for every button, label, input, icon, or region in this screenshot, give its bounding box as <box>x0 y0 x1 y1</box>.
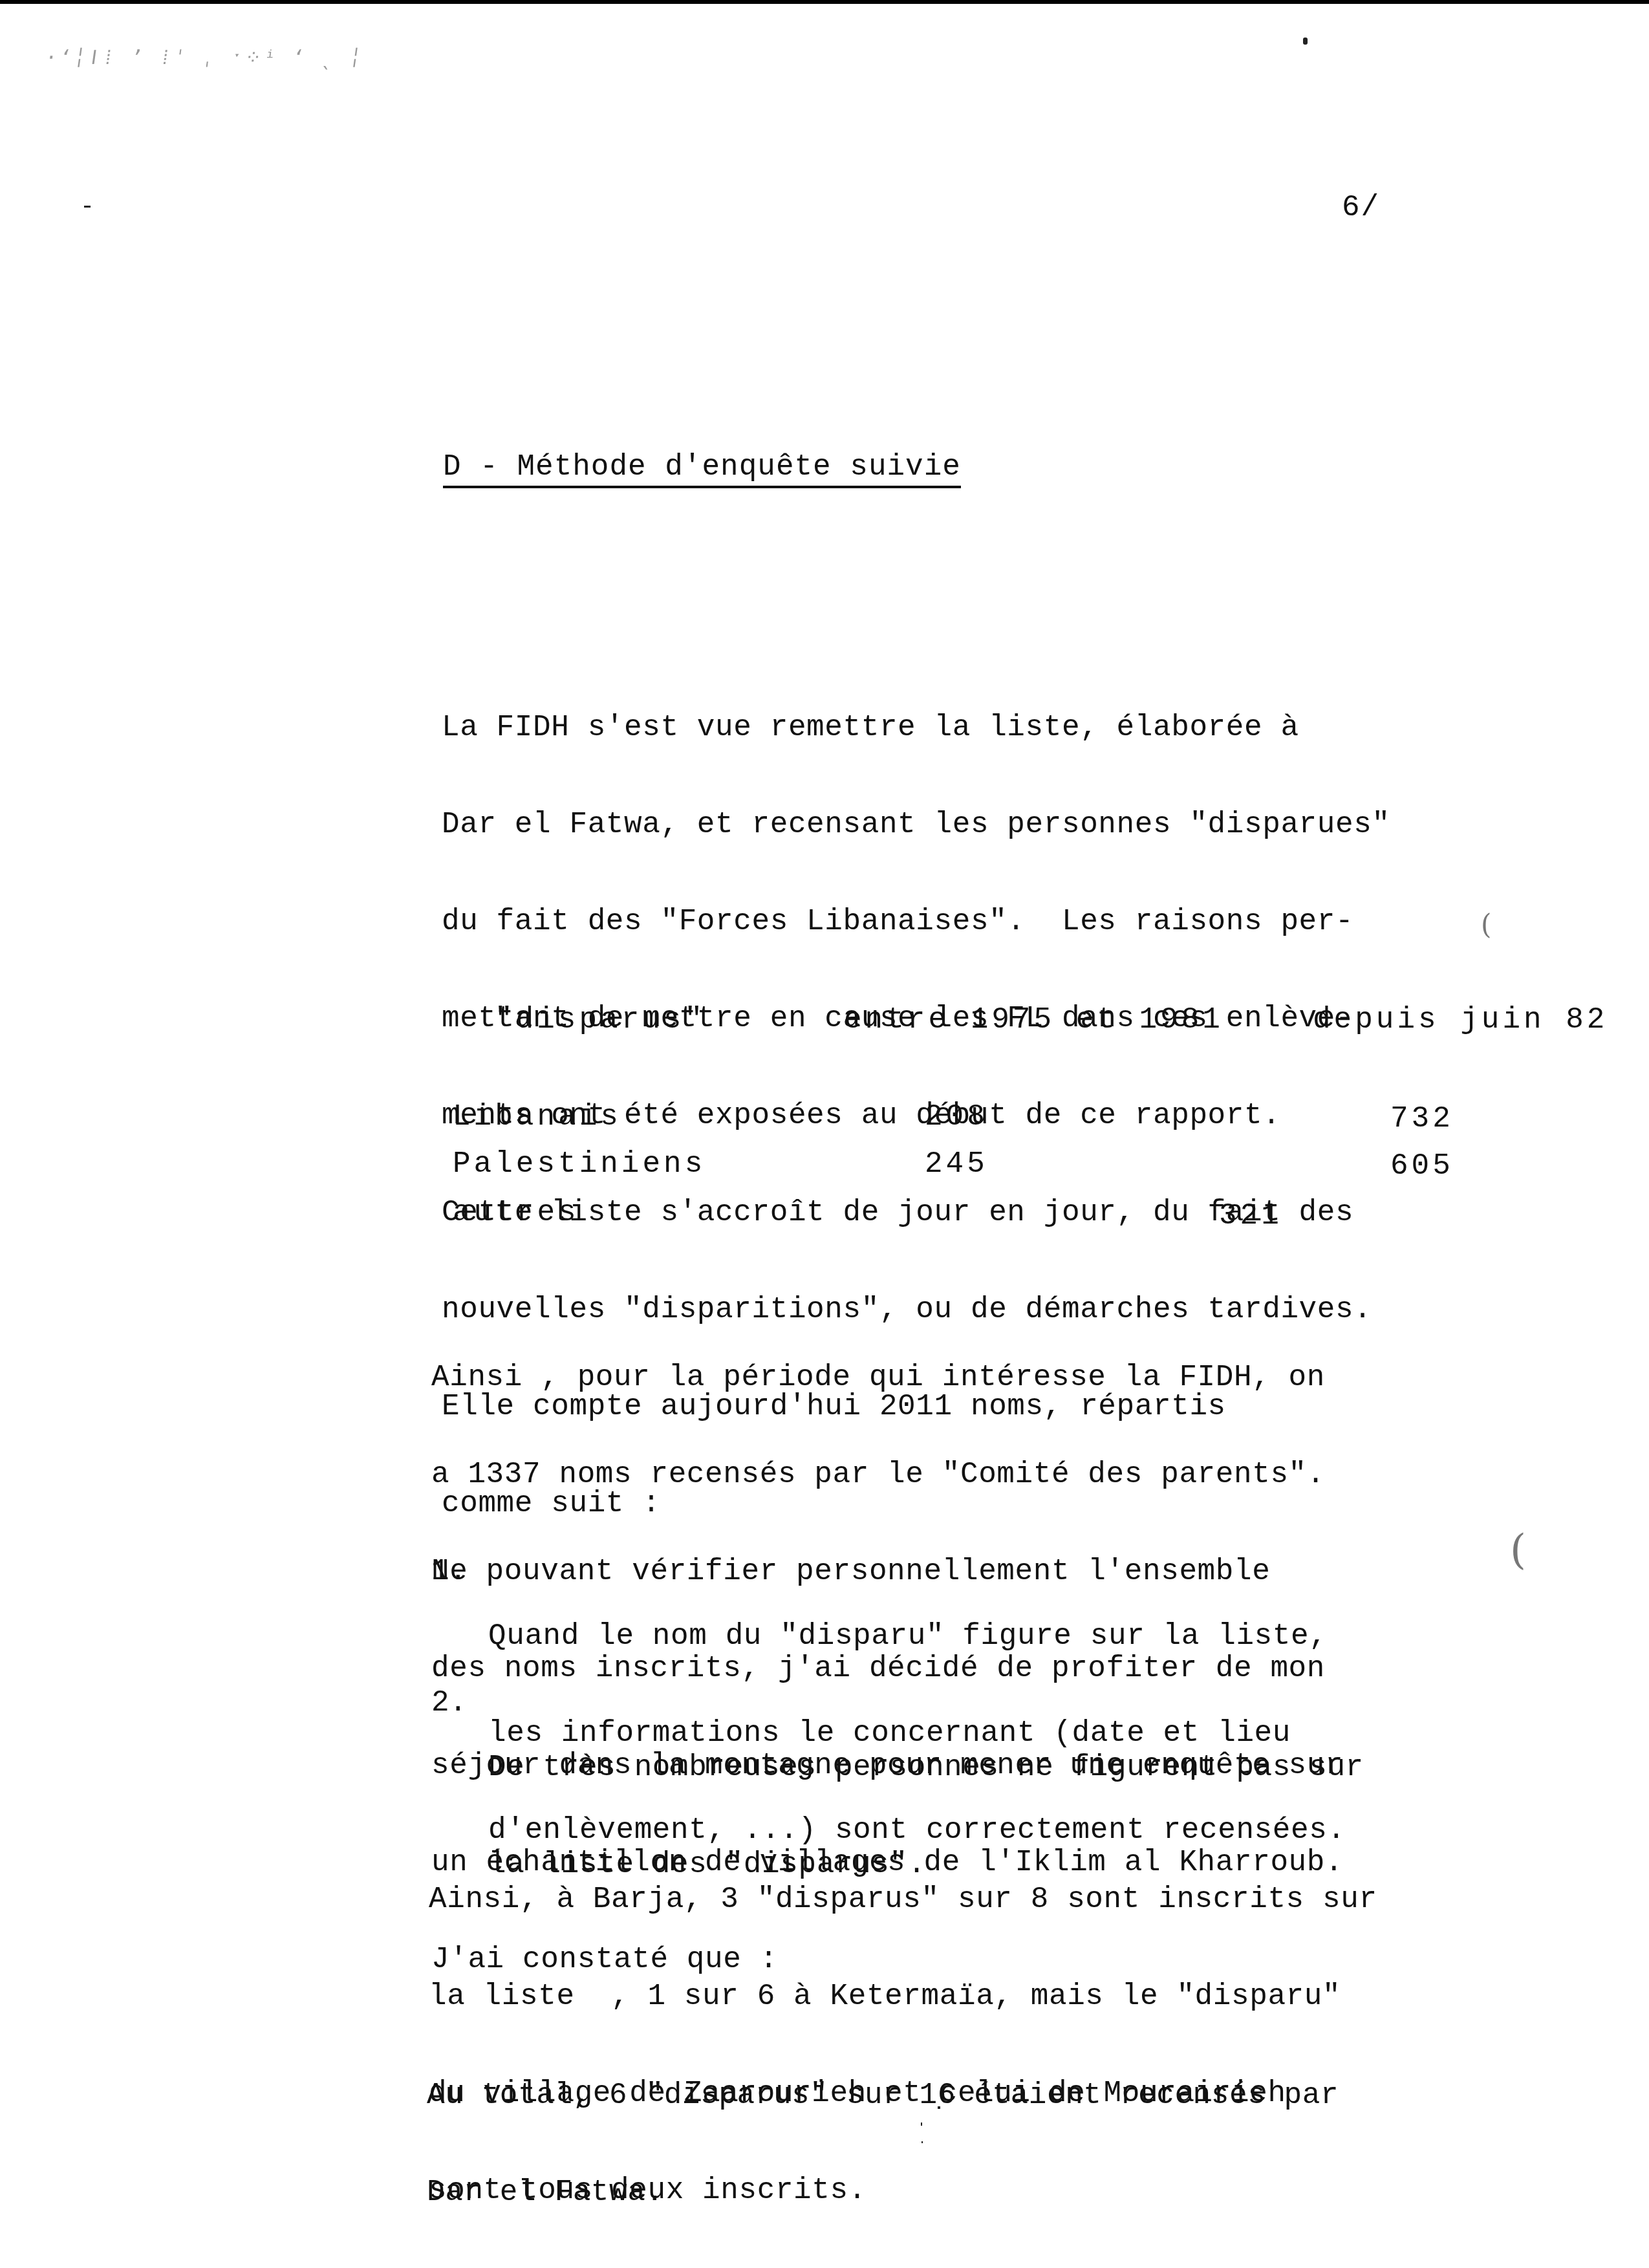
table-row-label: Libanais <box>453 1099 621 1134</box>
list-item-number: 1. <box>431 1555 467 1588</box>
document-page: ·ʻ╎ǀ⁞ ʼ ⁞ˈ ˌ ˑ⁘ⁱ ʻ ˎ ╎ ( ( 6/ D - Méthod… <box>0 0 1649 2268</box>
paragraph-line: La FIDH s'est vue remettre la liste, éla… <box>442 711 1390 744</box>
table-row-label: autres <box>453 1195 579 1230</box>
paragraph-line: Dar el Fatwa, et recensant les personnes… <box>442 808 1390 841</box>
section-title: D - Méthode d'enquête suivie <box>443 449 961 488</box>
paragraph-line: Dar el Fatwa. <box>427 2176 1339 2209</box>
table-cell-value: 208 <box>925 1099 988 1134</box>
paragraph-line: Ainsi , pour la période qui intéresse la… <box>431 1361 1343 1394</box>
paragraph-line: Au total, 6 "disparus" sur 16 étaient re… <box>427 2079 1339 2111</box>
scan-artifact-dot <box>1303 38 1308 45</box>
table-cell-value-combined: 321 <box>1219 1198 1282 1233</box>
scan-artifact-dash <box>84 206 91 208</box>
paragraph-line: la liste , 1 sur 6 à Ketermaïa, mais le … <box>429 1980 1377 2013</box>
total-paragraph: Au total, 6 "disparus" sur 16 étaient re… <box>427 2014 1339 2268</box>
table-row-label: Palestiniens <box>453 1147 706 1182</box>
table-cell-value: 732 <box>1390 1101 1454 1136</box>
scan-artifact-smudge: ·ʻ╎ǀ⁞ ʼ ⁞ˈ ˌ ˑ⁘ⁱ ʻ ˎ ╎ <box>43 47 365 70</box>
table-header-category: "disparus" <box>495 1002 706 1037</box>
paragraph-line: a 1337 noms recensés par le "Comité des … <box>431 1458 1343 1491</box>
scan-top-border <box>0 0 1649 4</box>
scan-artifact-dot <box>921 2122 922 2126</box>
list-item-number: 2. <box>431 1687 467 1719</box>
list-item-line: Quand le nom du "disparu" figure sur la … <box>488 1620 1346 1652</box>
list-item-line: De très nombreuses personnes ne figurent… <box>488 1751 1364 1784</box>
table-cell-value: 605 <box>1390 1149 1454 1183</box>
page-number: 6/ <box>1342 191 1380 224</box>
table-header-1975-1981: entre 1975 et 1981 <box>844 1002 1223 1037</box>
scan-artifact-bracket: ( <box>1481 909 1491 940</box>
table-header-since-june-82: depuis juin 82 <box>1313 1002 1608 1037</box>
scan-artifact-bracket: ( <box>1510 1526 1526 1574</box>
scan-artifact-dot <box>938 2106 940 2109</box>
scan-artifact-dot <box>921 2141 923 2143</box>
paragraph-line: du fait des "Forces Libanaises". Les rai… <box>442 905 1390 938</box>
table-cell-value: 245 <box>925 1147 988 1182</box>
paragraph-line: Ainsi, à Barja, 3 "disparus" sur 8 sont … <box>429 1883 1377 1916</box>
